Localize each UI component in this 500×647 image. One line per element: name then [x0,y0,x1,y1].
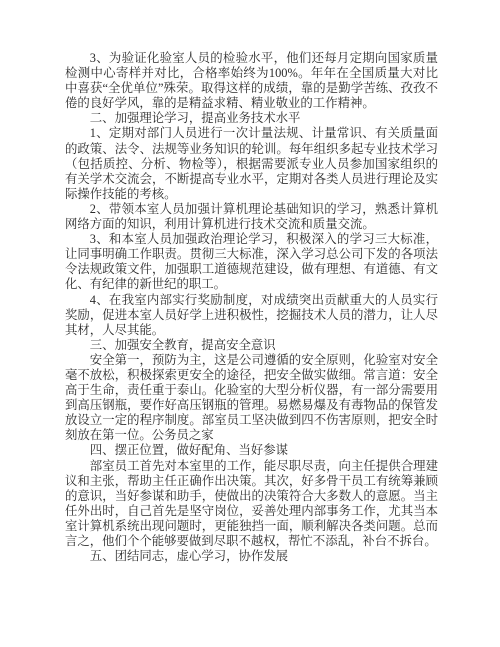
section-heading: 四、摆正位置，做好配角、当好参谋 [65,443,438,458]
body-paragraph: 部室员工首先对本室里的工作，能尽职尽责，向主任提供合理建议和主张，帮助主任正确作… [65,459,438,550]
body-paragraph: 安全第一，预防为主，这是公司遵循的安全原则，化验室对安全毫不放松，积极探索更安全… [65,353,438,444]
document-page: 3、为验证化验室人员的检验水平，他们还每月定期向国家质量检测中心寄样并对比，合格… [0,0,500,647]
section-heading: 五、团结同志，虚心学习，协作发展 [65,549,438,564]
section-heading: 三、加强安全教育，提高安全意识 [65,338,438,353]
body-paragraph: 3、为验证化验室人员的检验水平，他们还每月定期向国家质量检测中心寄样并对比，合格… [65,51,438,111]
body-paragraph: 2、带领本室人员加强计算机理论基础知识的学习，熟悉计算机网络方面的知识，利用计算… [65,202,438,232]
body-paragraph: 4、在我室内部实行奖励制度，对成绩突出贡献重大的人员实行奖励，促进本室人员好学上… [65,293,438,338]
body-paragraph: 1、定期对部门人员进行一次计量法规、计量常识、有关质量面的政策、法令、法规等业务… [65,126,438,201]
body-paragraph: 3、和本室人员加强政治理论学习，积极深入的学习三大标准，让同事明确工作职责。贯彻… [65,232,438,292]
document-body: 3、为验证化验室人员的检验水平，他们还每月定期向国家质量检测中心寄样并对比，合格… [65,51,438,564]
section-heading: 二、加强理论学习，提高业务技术水平 [65,111,438,126]
